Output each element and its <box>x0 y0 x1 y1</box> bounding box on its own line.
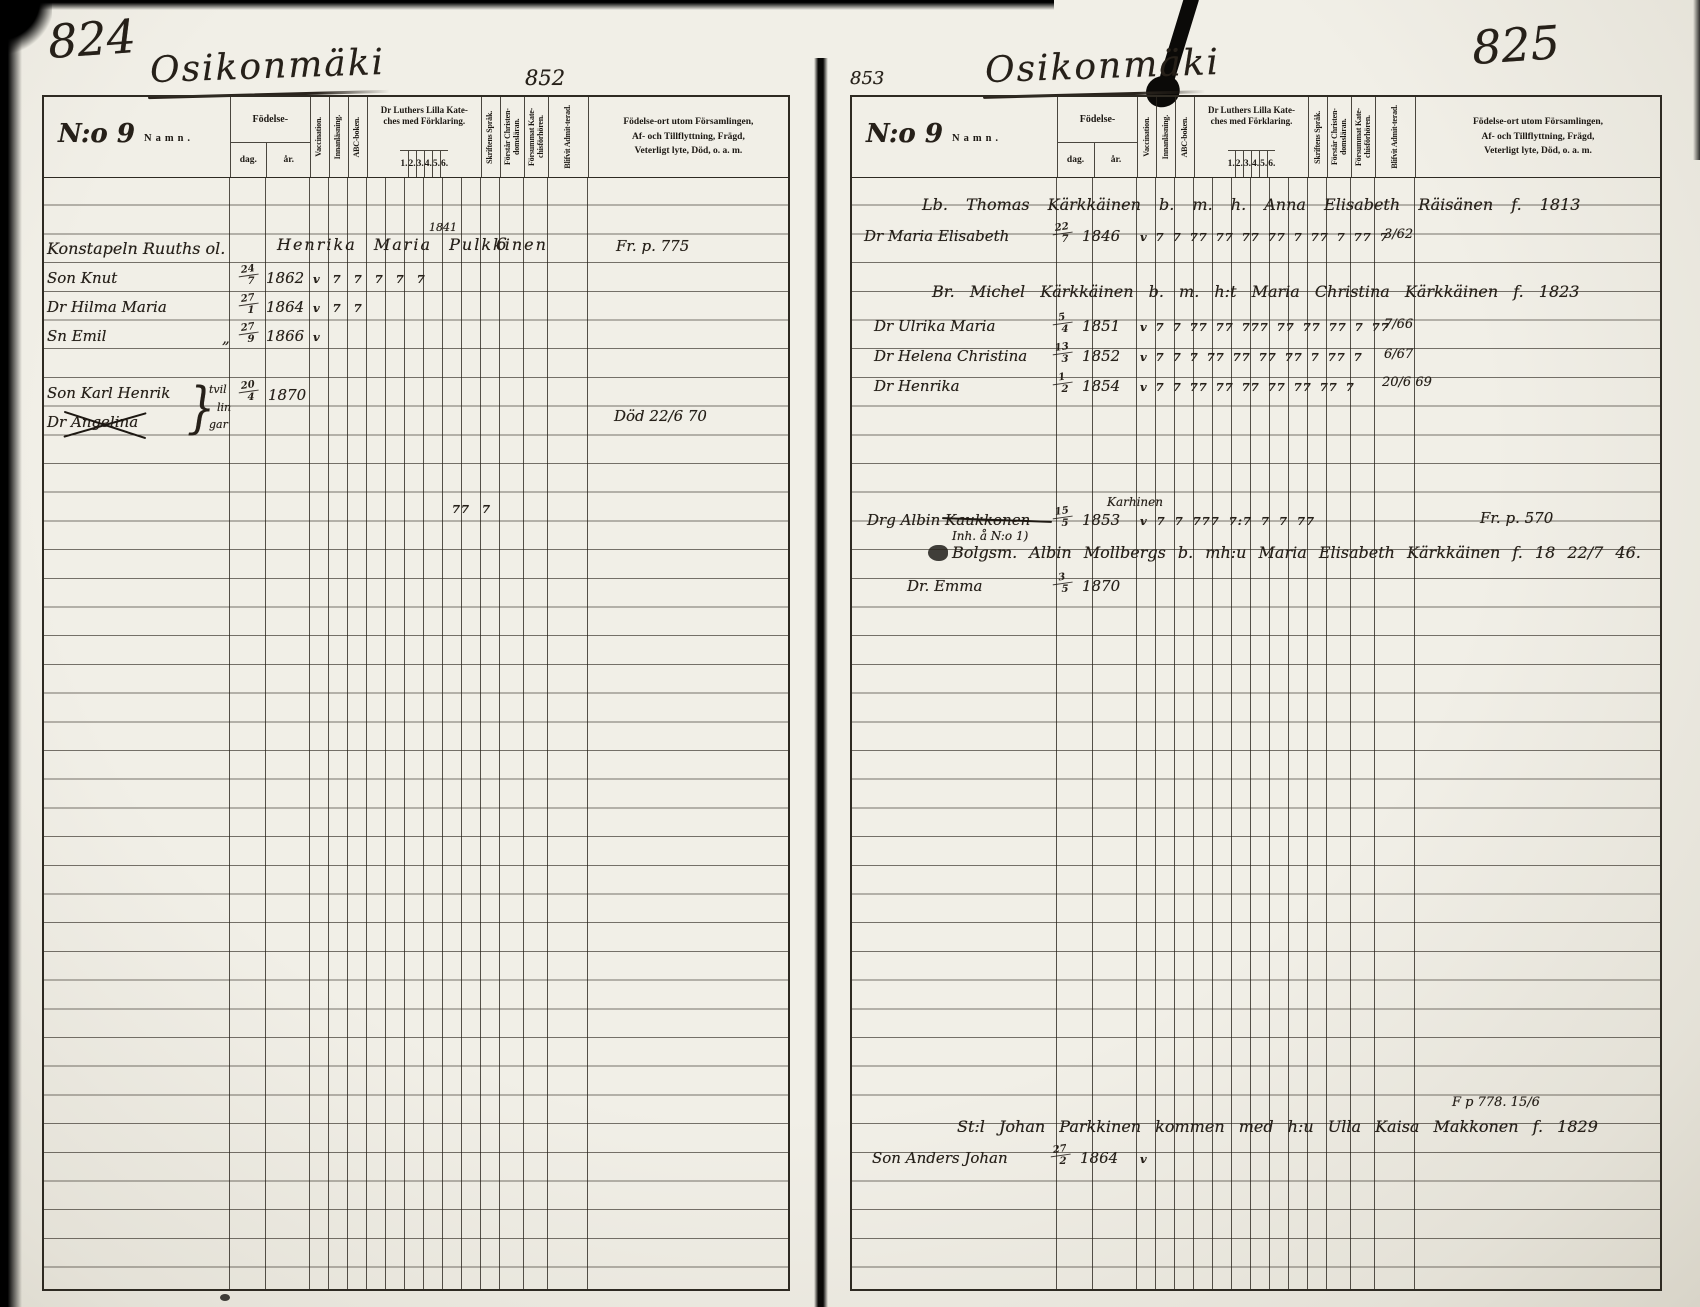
year-label: år. <box>1094 143 1138 177</box>
understands-label: Förstår Christen-domsläran. <box>1331 99 1349 175</box>
stray-marks: 77 7 <box>452 502 491 516</box>
entry-family-year: 1841 <box>429 221 457 234</box>
entry-marks: v 7 7 77 77 777 77 77 77 7 77 <box>1140 320 1390 334</box>
entry-family-line: Br. Michel Kärkkäinen b. m. h:t Maria Ch… <box>932 282 1579 301</box>
entry-name: Dr Henrika <box>874 377 960 395</box>
entry-admitted: 3/62 <box>1384 227 1413 242</box>
understands-label: Förstår Christen-domsläran. <box>504 99 522 175</box>
twins-note: lin <box>217 401 231 414</box>
table-body-left: Konstapeln Ruuths ol. Henrika Maria Pulk… <box>44 177 788 1289</box>
entry-family-line: Bolgsm. Albin Mollbergs b. mh:u Maria El… <box>952 543 1641 562</box>
reading-label: Innanläsning. <box>1162 115 1171 159</box>
ink-blot-small <box>928 545 948 561</box>
entry-name: Son Karl Henrik <box>47 384 170 402</box>
header-col-vaccination: Vaccination. <box>310 97 329 177</box>
remarks-label: Födelse-ort utom Församlingen, Af- och T… <box>1473 115 1603 159</box>
entry-admitted: 6/67 <box>1384 347 1413 362</box>
catechism-6: 6. <box>1267 151 1275 177</box>
series-number-left: 852 <box>525 66 565 90</box>
entry-death-remark: Död 22/6 70 <box>614 407 707 425</box>
place-name-left: Osikonmäki <box>149 42 385 91</box>
catechism-label: Dr Luthers Lilla Kate- ches med Förklari… <box>381 97 468 150</box>
entry-family-remark: F p 778. 15/6 <box>1452 1095 1540 1110</box>
entry-name: Dr Hilma Maria <box>47 298 167 316</box>
admitted-label: Blifvit Admit-terad. <box>564 105 573 169</box>
entry-birth-year: 1870 <box>268 386 306 404</box>
parish-register-scan: 824 Osikonmäki 852 853 Osikonmäki 825 N:… <box>0 0 1700 1307</box>
entry-birth-year: 1852 <box>1082 347 1120 365</box>
header-col-admitted: Blifvit Admit-terad. <box>548 97 588 177</box>
namn-label: Namn. <box>952 133 1002 144</box>
namn-label: Namn. <box>144 133 194 144</box>
entry-marks: v 7 7 <box>313 301 363 315</box>
entry-family-remark: Fr. p. 775 <box>616 237 689 255</box>
entry-name: Son Knut <box>47 269 117 287</box>
entry-name: Sn Emil <box>47 327 106 345</box>
catechism-1: 1. <box>1228 151 1235 177</box>
smudge-mark <box>220 1294 230 1301</box>
entry-birth-year: 1851 <box>1082 317 1120 335</box>
entry-birth-day: 155 <box>1052 507 1072 529</box>
admitted-label: Blifvit Admit-terad. <box>1391 105 1400 169</box>
scan-edge-top <box>0 0 1054 10</box>
column-rules <box>44 177 788 1289</box>
header-col-name: N:o 9 Namn. <box>44 97 230 177</box>
entry-name: Son Anders Johan <box>872 1149 1008 1167</box>
entry-birth-day: 54 <box>1052 313 1072 335</box>
birth-sublabels: dag. år. <box>1058 142 1138 177</box>
header-col-vaccination: Vaccination. <box>1137 97 1156 177</box>
table-header-left: N:o 9 Namn. Födelse- dag. år. Vaccinatio… <box>44 97 788 178</box>
entry-marks: v 7 7 7 7 7 <box>313 272 426 286</box>
catechism-label: Dr Luthers Lilla Kate- ches med Förklari… <box>1208 97 1295 150</box>
entry-residence-note: Inh. å N:o 1) <box>952 529 1028 543</box>
entry-birth-year: 1846 <box>1082 227 1120 245</box>
entry-birth-year: 1864 <box>1080 1149 1118 1167</box>
birth-label: Födelse- <box>253 97 289 142</box>
entry-marks: v <box>1140 1152 1148 1166</box>
header-col-birth: Födelse- dag. år. <box>230 97 310 177</box>
header-col-abc: ABC-boken. <box>348 97 367 177</box>
entry-remark: Fr. p. 570 <box>1480 509 1553 527</box>
entry-birth-day: 227 <box>1052 223 1072 245</box>
header-col-scripture: Skriftens Språk. <box>1308 97 1327 177</box>
register-table-right: N:o 9 Namn. Födelse- dag. år. Vaccinatio… <box>850 95 1662 1291</box>
catechism-5: 5. <box>1259 151 1267 177</box>
header-col-abc: ABC-boken. <box>1175 97 1194 177</box>
scan-edge-left <box>0 0 22 1307</box>
header-col-admitted: Blifvit Admit-terad. <box>1375 97 1415 177</box>
entry-marks: v 7 7 777 7:7 7 7 77 <box>1140 514 1315 528</box>
header-col-catechism: Dr Luthers Lilla Kate- ches med Förklari… <box>1194 97 1308 177</box>
header-col-catechism: Dr Luthers Lilla Kate- ches med Förklari… <box>367 97 481 177</box>
scan-corner-dark <box>0 0 52 56</box>
missed-label: Försummat Kate-chisförhören. <box>528 99 546 175</box>
table-body-right: Lb. Thomas Kärkkäinen b. m. h. Anna Elis… <box>852 177 1660 1289</box>
catechism-numbers: 1. 2. 3. 4. 5. 6. <box>1228 150 1276 177</box>
remarks-label: Födelse-ort utom Församlingen, Af- och T… <box>623 115 753 159</box>
header-col-reading: Innanläsning. <box>329 97 348 177</box>
entry-marks: v <box>313 330 321 344</box>
day-label: dag. <box>230 143 266 177</box>
catechism-3: 3. <box>416 151 424 177</box>
page-number-right: 825 <box>1470 15 1561 75</box>
entry-name: Dr Ulrika Maria <box>874 317 995 335</box>
abc-label: ABC-boken. <box>1181 117 1190 157</box>
entry-marks: v 7 7 77 77 77 77 77 77 7 <box>1140 380 1355 394</box>
catechism-6: 6. <box>440 151 448 177</box>
header-col-reading: Innanläsning. <box>1156 97 1175 177</box>
catechism-5: 5. <box>432 151 440 177</box>
catechism-2: 2. <box>408 151 416 177</box>
header-col-name: N:o 9 Namn. <box>852 97 1057 177</box>
twins-note: tvil <box>209 383 227 396</box>
entry-birth-year: 1862 <box>266 269 304 287</box>
entry-birth-year: 1870 <box>1082 577 1120 595</box>
page-number-left: 824 <box>46 9 137 69</box>
entry-birth-day: 247 <box>238 265 258 287</box>
catechism-numbers: 1. 2. 3. 4. 5. 6. <box>400 150 448 177</box>
entry-family-line: St:l Johan Parkkinen kommen med h:u Ulla… <box>957 1117 1598 1136</box>
entry-birth-day: 35 <box>1052 573 1072 595</box>
header-col-understands: Förstår Christen-domsläran. <box>500 97 524 177</box>
reading-label: Innanläsning. <box>334 115 343 159</box>
header-col-missed: Försummat Kate-chisförhören. <box>1351 97 1375 177</box>
birth-sublabels: dag. år. <box>230 142 310 177</box>
header-col-understands: Förstår Christen-domsläran. <box>1327 97 1351 177</box>
register-table-left: N:o 9 Namn. Födelse- dag. år. Vaccinatio… <box>42 95 790 1291</box>
entry-name: Dr Maria Elisabeth <box>864 227 1009 245</box>
vaccination-label: Vaccination. <box>1143 117 1152 157</box>
entry-family-head: Konstapeln Ruuths ol. <box>47 239 225 258</box>
entry-birth-day: 271 <box>238 294 258 316</box>
catechism-4: 4. <box>1251 151 1259 177</box>
table-header-right: N:o 9 Namn. Födelse- dag. år. Vaccinatio… <box>852 97 1660 178</box>
entry-name-correction: Karhinen <box>1107 495 1163 509</box>
vaccination-label: Vaccination. <box>315 117 324 157</box>
header-col-remarks: Födelse-ort utom Församlingen, Af- och T… <box>588 97 788 177</box>
entry-family-wife: Henrika Maria Pulkkinen <box>277 235 548 254</box>
entry-birth-day: 272 <box>1050 1145 1070 1167</box>
entry-name: Dr Helena Christina <box>874 347 1027 365</box>
missed-label: Försummat Kate-chisförhören. <box>1355 99 1373 175</box>
entry-family-mark: 6 <box>496 235 507 255</box>
entry-birth-year: 1853 <box>1082 511 1120 529</box>
twins-note: gar <box>209 418 228 431</box>
scan-edge-right <box>1693 0 1700 160</box>
header-col-remarks: Födelse-ort utom Församlingen, Af- och T… <box>1415 97 1660 177</box>
entry-birth-year: 1864 <box>266 298 304 316</box>
entry-family-line: Lb. Thomas Kärkkäinen b. m. h. Anna Elis… <box>922 195 1580 214</box>
scripture-label: Skriftens Språk. <box>486 111 495 164</box>
entry-admitted: 7/66 <box>1384 317 1413 332</box>
book-gutter-shadow <box>814 58 828 1307</box>
catechism-4: 4. <box>424 151 432 177</box>
abc-label: ABC-boken. <box>353 117 362 157</box>
entry-birth-year: 1854 <box>1082 377 1120 395</box>
entry-birth-year: 1866 <box>266 327 304 345</box>
entry-admitted: 20/6 69 <box>1382 375 1432 390</box>
entry-name: Dr. Emma <box>907 577 982 595</box>
entry-birth-day: 133 <box>1052 343 1072 365</box>
household-number-left: N:o 9 <box>58 119 135 149</box>
series-number-right: 853 <box>850 68 884 89</box>
catechism-2: 2. <box>1235 151 1243 177</box>
header-col-birth: Födelse- dag. år. <box>1057 97 1137 177</box>
household-number-right: N:o 9 <box>866 119 943 149</box>
entry-birth-day: 12 <box>1052 373 1072 395</box>
header-col-missed: Försummat Kate-chisförhören. <box>524 97 548 177</box>
entry-ditto-mark: „ <box>222 329 230 347</box>
entry-marks: v 7 7 7 77 77 77 77 7 77 7 <box>1140 350 1363 364</box>
entry-marks: v 7 7 77 77 77 77 7 77 7 77 7 <box>1140 230 1389 244</box>
header-col-scripture: Skriftens Språk. <box>481 97 500 177</box>
place-name-right: Osikonmäki <box>984 42 1220 91</box>
day-label: dag. <box>1058 143 1094 177</box>
birth-label: Födelse- <box>1080 97 1116 142</box>
entry-birth-day: 204 <box>238 381 258 403</box>
year-label: år. <box>266 143 310 177</box>
catechism-3: 3. <box>1243 151 1251 177</box>
catechism-1: 1. <box>400 151 407 177</box>
scripture-label: Skriftens Språk. <box>1314 111 1323 164</box>
entry-birth-day: 279 <box>238 323 258 345</box>
